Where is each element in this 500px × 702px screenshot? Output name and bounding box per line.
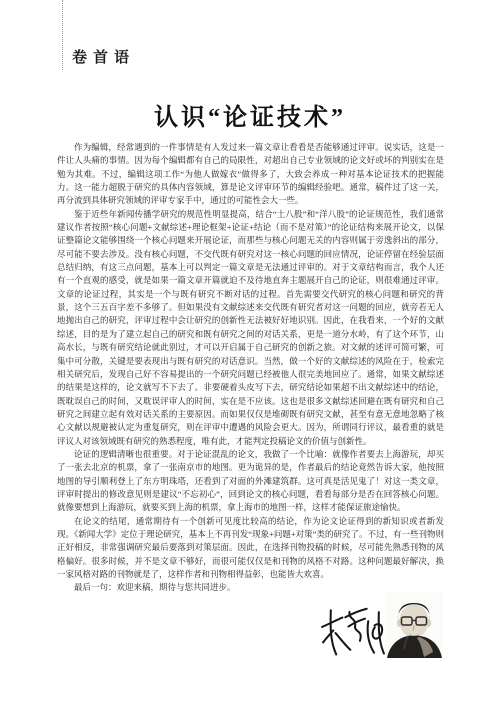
author-photo xyxy=(386,592,443,658)
paragraph-4: 在论文的结尾，通常期待有一个创新可见度比较高的结论，作为论文论证得到的新知识或者… xyxy=(57,515,444,582)
paragraph-1: 作为编辑，经常遇到的一件事情是有人发过来一篇文章让看看是否能够通过评审。说实话，… xyxy=(57,141,444,208)
paragraph-2: 鉴于近些年新闻传播学研究的规范性明显提高，结合“土八股”和“洋八股”的论证规范性… xyxy=(57,208,444,448)
editorial-page: 卷首语 认识“论证技术” 作为编辑，经常遇到的一件事情是有人发过来一篇文章让看看… xyxy=(0,0,500,702)
author-signature-icon xyxy=(318,602,386,662)
article-body: 作为编辑，经常遇到的一件事情是有人发过来一篇文章让看看是否能够通过评审。说实话，… xyxy=(57,141,444,595)
paragraph-3: 论证的逻辑清晰也很重要。对于论证混乱的论文，我做了一个比喻：就像作者要去上海游玩… xyxy=(57,448,444,515)
author-block xyxy=(318,592,448,664)
section-label: 卷首语 xyxy=(72,46,135,67)
page-title: 认识“论证技术” xyxy=(0,97,500,132)
dotted-rule xyxy=(62,0,63,70)
